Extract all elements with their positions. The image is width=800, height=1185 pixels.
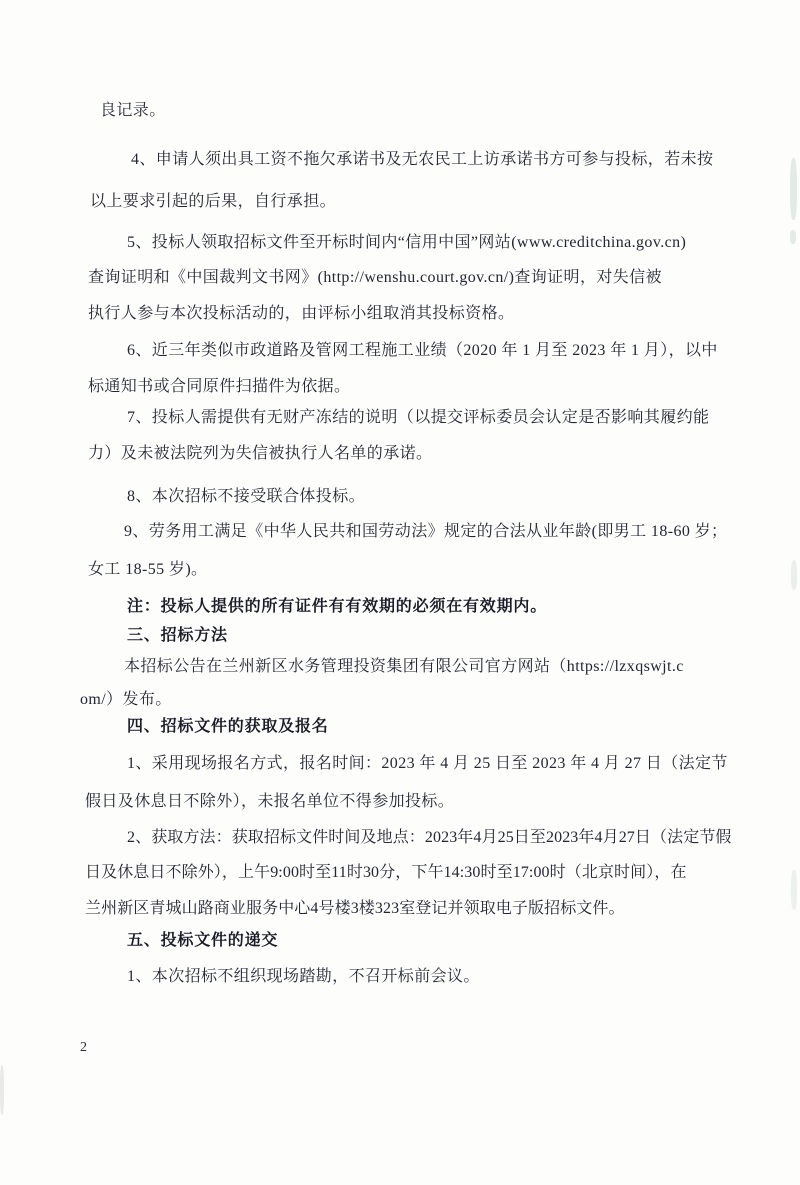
note-line: 注：投标人提供的所有证件有有效期的必须在有效期内。	[127, 596, 547, 618]
scan-artifact	[790, 230, 796, 244]
page-number: 2	[80, 1040, 87, 1056]
para-9-line-1: 9、劳务用工满足《中华人民共和国劳动法》规定的合法从业年龄(即男工 18-60 …	[124, 521, 727, 543]
scan-artifact	[0, 1065, 4, 1115]
para-4-line-2: 以上要求引起的后果，自行承担。	[90, 191, 336, 213]
para-3-continuation-line: 良记录。	[100, 100, 166, 122]
section-3-body-line-2: om/）发布。	[80, 689, 172, 711]
scan-artifact	[790, 158, 797, 220]
scan-artifact	[791, 560, 797, 590]
para-5-line-3: 执行人参与本次投标活动的，由评标小组取消其投标资格。	[88, 303, 514, 325]
section-4-para-2-line-3: 兰州新区青城山路商业服务中心4号楼3楼323室登记并领取电子版招标文件。	[85, 898, 625, 920]
para-9-line-2: 女工 18-55 岁)。	[88, 559, 207, 581]
para-6-line-1: 6、近三年类似市政道路及管网工程施工业绩（2020 年 1 月至 2023 年 …	[127, 340, 718, 362]
section-4-para-2-line-1: 2、获取方法：获取招标文件时间及地点：2023年4月25日至2023年4月27日…	[127, 827, 732, 849]
section-4-heading: 四、招标文件的获取及报名	[127, 716, 329, 738]
section-3-heading: 三、招标方法	[127, 625, 228, 647]
para-7-line-1: 7、投标人需提供有无财产冻结的说明（以提交评标委员会认定是否影响其履约能	[127, 407, 709, 429]
section-3-body-line-1: 本招标公告在兰州新区水务管理投资集团有限公司官方网站（https://lzxqs…	[124, 656, 684, 678]
para-5-line-2: 查询证明和《中国裁判文书网》(http://wenshu.court.gov.c…	[88, 267, 662, 289]
section-5-heading: 五、投标文件的递交	[127, 930, 278, 952]
para-4-line-1: 4、申请人须出具工资不拖欠承诺书及无农民工上访承诺书方可参与投标，若未按	[131, 149, 713, 171]
section-4-para-1-line-1: 1、采用现场报名方式，报名时间：2023 年 4 月 25 日至 2023 年 …	[127, 753, 728, 775]
para-6-line-2: 标通知书或合同原件扫描件为依据。	[88, 376, 350, 398]
section-4-para-1-line-2: 假日及休息日不除外），未报名单位不得参加投标。	[85, 791, 454, 813]
para-8-line-1: 8、本次招标不接受联合体投标。	[127, 486, 365, 508]
para-7-line-2: 力）及未被法院列为失信被执行人名单的承诺。	[88, 443, 432, 465]
section-5-para-1-line-1: 1、本次招标不组织现场踏勘，不召开标前会议。	[127, 966, 480, 988]
scan-artifact	[791, 870, 797, 910]
scanned-document-page: 良记录。 4、申请人须出具工资不拖欠承诺书及无农民工上访承诺书方可参与投标，若未…	[0, 0, 800, 1185]
section-4-para-2-line-2: 日及休息日不除外），上午9:00时至11时30分，下午14:30时至17:00时…	[85, 862, 687, 884]
para-5-line-1: 5、投标人领取招标文件至开标时间内“信用中国”网站(www.creditchin…	[127, 232, 686, 254]
